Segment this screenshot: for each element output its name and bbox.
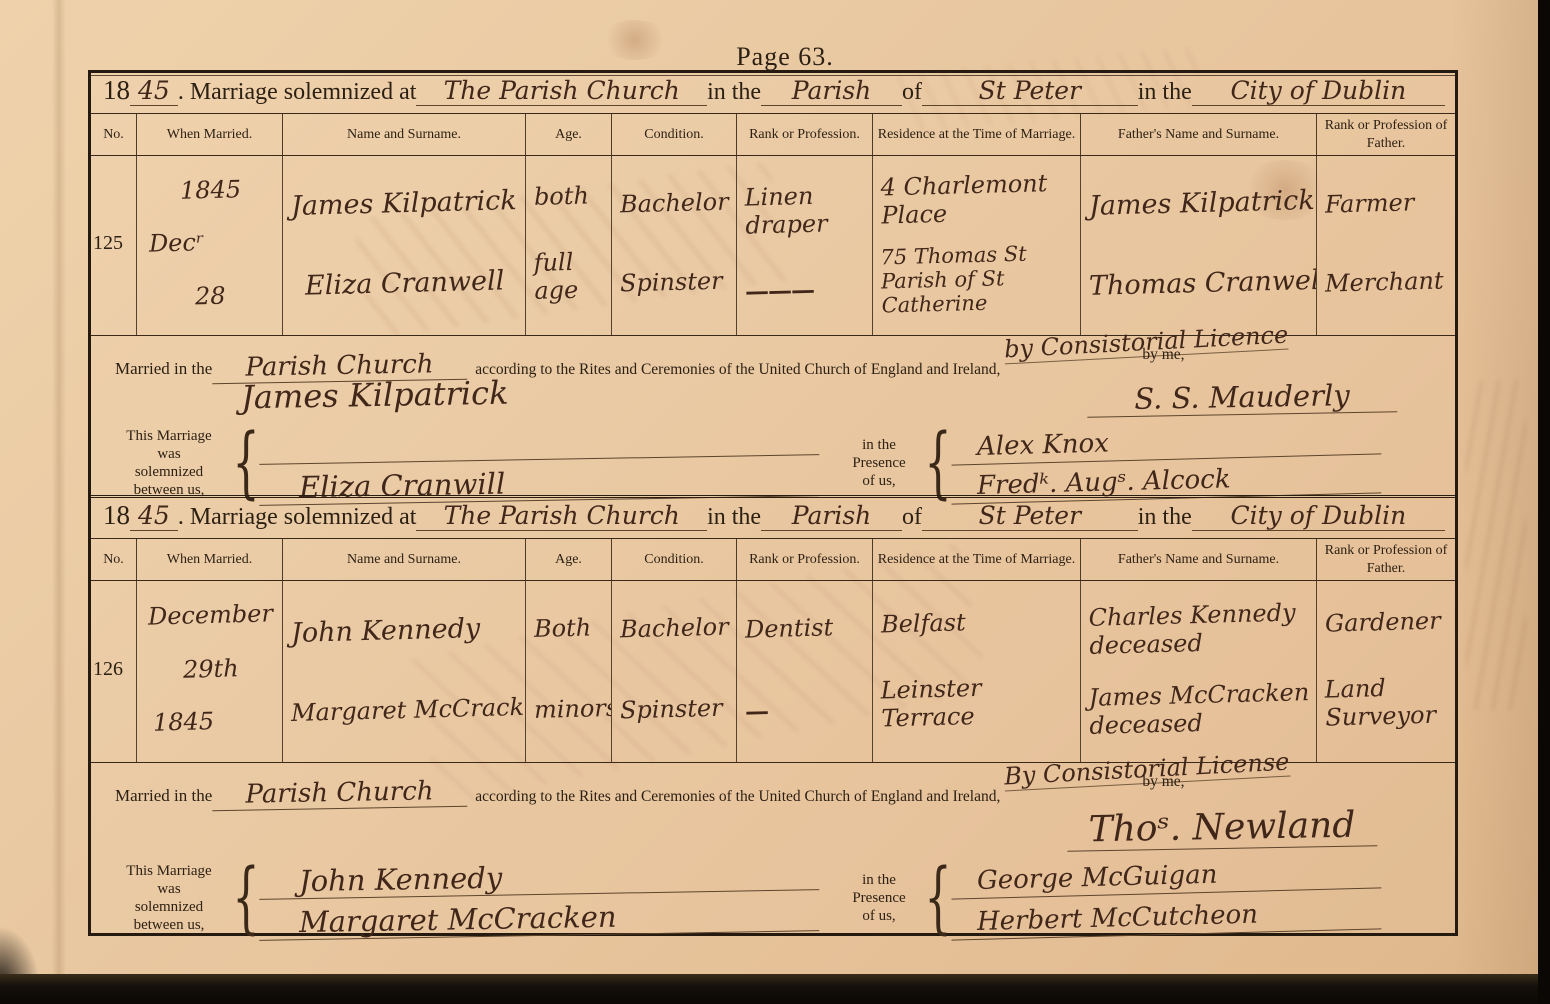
witness-1-signature: Alex Knox	[951, 421, 1382, 465]
couple-signature-lines: Eliza Cranwill	[259, 420, 819, 506]
witness-lines: Alex Knox Fredᵏ. Augˢ. Alcock	[951, 420, 1381, 506]
cell-profession: Linen draper ———	[737, 156, 873, 335]
bride-profession: ———	[745, 275, 867, 306]
of-label: of	[902, 504, 922, 531]
bride-father-profession: Merchant	[1325, 268, 1450, 299]
col-age: Age.	[526, 539, 612, 580]
officiant-signature: S. S. Mauderly	[1087, 377, 1398, 417]
label-line: between us,	[105, 916, 233, 934]
groom-residence: Belfast	[881, 606, 1075, 639]
label-line: of us,	[833, 472, 925, 490]
solemnized-at-label: . Marriage solemnized at	[178, 79, 417, 106]
col-residence: Residence at the Time of Marriage.	[873, 539, 1081, 580]
col-when-married: When Married.	[137, 539, 283, 580]
book-edge-right	[1538, 0, 1550, 1004]
page-title: Page 63.	[0, 42, 1550, 72]
age-groom: Both	[534, 615, 606, 644]
bride-name: Eliza Cranwell	[291, 265, 520, 302]
cell-names: John Kennedy Margaret McCracken	[283, 581, 526, 762]
cell-condition: Bachelor Spinster	[612, 581, 737, 762]
cell-profession: Dentist —	[737, 581, 873, 762]
col-father-rank: Rank or Profession of Father.	[1317, 539, 1455, 580]
register-scan: Page 63. 18 45 . Marriage solemnized at …	[0, 0, 1550, 1004]
signatures-block: This Marriage was solemnized between us,…	[91, 853, 1455, 943]
bride-father: Thomas Cranwell	[1089, 265, 1311, 302]
brace-glyph: {	[931, 853, 945, 943]
cell-no: 126	[91, 581, 137, 762]
entry-number: 126	[93, 658, 130, 681]
cell-father: James Kilpatrick Thomas Cranwell	[1081, 156, 1317, 335]
year-handwritten: 45	[130, 501, 178, 531]
presence-label: in the Presence of us,	[833, 420, 925, 506]
groom-residence: 4 Charlemont Place	[880, 169, 1074, 229]
licence-area: By Consistorial License by me,	[1000, 767, 1455, 801]
in-the-label: in the	[1138, 504, 1192, 531]
cell-names: James Kilpatrick Eliza Cranwell	[283, 156, 526, 335]
age-bride: full age	[533, 248, 605, 305]
when-month: December	[148, 600, 274, 631]
year-handwritten: 45	[130, 76, 178, 106]
witness-lines: George McGuigan Herbert McCutcheon	[951, 853, 1381, 943]
groom-signature-line: John Kennedy	[259, 855, 820, 900]
by-me-label: by me,	[1142, 346, 1184, 364]
col-rank-profession: Rank or Profession.	[737, 114, 873, 155]
label-line: This Marriage	[105, 427, 233, 445]
col-name-surname: Name and Surname.	[283, 114, 526, 155]
column-headers: No. When Married. Name and Surname. Age.…	[91, 113, 1455, 156]
col-no: No.	[91, 539, 137, 580]
groom-signature-line	[259, 420, 820, 465]
groom-father-profession: Farmer	[1325, 188, 1450, 219]
city-handwritten: City of Dublin	[1192, 501, 1445, 531]
year-prefix: 18	[103, 75, 130, 106]
presence-label: in the Presence of us,	[833, 853, 925, 943]
bride-condition: Spinster	[620, 695, 731, 725]
age-bride: minors	[534, 695, 606, 724]
parish-word-handwritten: Parish	[761, 76, 902, 106]
witness-1-signature: George McGuigan	[951, 855, 1382, 899]
bride-profession: —	[745, 694, 867, 725]
col-father-name: Father's Name and Surname.	[1081, 539, 1317, 580]
groom-condition: Bachelor	[620, 614, 731, 644]
groom-condition: Bachelor	[620, 189, 731, 219]
groom-name: James Kilpatrick	[291, 185, 520, 222]
married-in-label: Married in the	[115, 786, 212, 806]
this-marriage-label: This Marriage was solemnized between us,	[105, 853, 233, 943]
witness-2-signature: Herbert McCutcheon	[951, 896, 1382, 940]
register-table-frame: 18 45 . Marriage solemnized at The Paris…	[88, 70, 1458, 936]
column-headers: No. When Married. Name and Surname. Age.…	[91, 538, 1455, 581]
col-condition: Condition.	[612, 114, 737, 155]
groom-father: Charles Kennedy deceased	[1088, 599, 1310, 660]
label-line: in the	[833, 871, 925, 889]
couple-signature-lines: John Kennedy Margaret McCracken	[259, 853, 819, 943]
label-line: in the	[833, 436, 925, 454]
married-in-label: Married in the	[115, 359, 212, 379]
marriage-entry-125: 18 45 . Marriage solemnized at The Paris…	[91, 73, 1455, 495]
cell-father: Charles Kennedy deceased James McCracken…	[1081, 581, 1317, 762]
cell-when-married: 1845 Decʳ 28	[137, 156, 283, 335]
in-the-label: in the	[1138, 79, 1192, 106]
brace-glyph: {	[239, 420, 253, 506]
cell-father-profession: Gardener Land Surveyor	[1317, 581, 1455, 762]
of-label: of	[902, 79, 922, 106]
col-rank-profession: Rank or Profession.	[737, 539, 873, 580]
when-year: 1845	[145, 708, 215, 737]
in-the-label: in the	[707, 79, 761, 106]
rites-label: according to the Rites and Ceremonies of…	[467, 788, 1000, 806]
col-no: No.	[91, 114, 137, 155]
cell-residence: 4 Charlemont Place 75 Thomas St Parish o…	[873, 156, 1081, 335]
label-line: Presence	[833, 454, 925, 472]
age-groom: both	[534, 182, 606, 211]
cell-when-married: December 29th 1845	[137, 581, 283, 762]
col-name-surname: Name and Surname.	[283, 539, 526, 580]
cell-condition: Bachelor Spinster	[612, 156, 737, 335]
bride-condition: Spinster	[620, 268, 731, 298]
in-the-label: in the	[707, 504, 761, 531]
bride-father-profession: Land Surveyor	[1324, 674, 1449, 732]
groom-signature-floating: James Kilpatrick	[241, 374, 509, 417]
church-name-handwritten: The Parish Church	[416, 76, 707, 106]
rites-label: according to the Rites and Ceremonies of…	[467, 361, 1000, 379]
brace-glyph: {	[239, 853, 253, 943]
by-me-label: by me,	[1142, 773, 1184, 791]
entry-number: 125	[93, 232, 130, 255]
signatures-block: This Marriage was solemnized between us,…	[91, 420, 1455, 506]
bride-residence: 75 Thomas St Parish of St Catherine	[880, 240, 1075, 317]
col-father-name: Father's Name and Surname.	[1081, 114, 1317, 155]
book-edge-bottom	[0, 974, 1550, 1004]
marriage-entry-126: 18 45 . Marriage solemnized at The Paris…	[91, 495, 1455, 933]
label-line: solemnized	[105, 898, 233, 916]
cell-age: both full age	[526, 156, 612, 335]
col-when-married: When Married.	[137, 114, 283, 155]
church-name-handwritten: The Parish Church	[416, 501, 707, 531]
solemnized-at-label: . Marriage solemnized at	[178, 504, 417, 531]
label-line: was	[105, 880, 233, 898]
bride-signature-line: Margaret McCracken	[259, 896, 820, 941]
cell-age: Both minors	[526, 581, 612, 762]
when-day: 28	[195, 282, 226, 310]
entry-data-row: 126 December 29th 1845 John Kennedy Marg…	[91, 581, 1455, 763]
brace-glyph: {	[931, 420, 945, 506]
cell-residence: Belfast Leinster Terrace	[873, 581, 1081, 762]
when-day: 29th	[182, 655, 238, 684]
label-line: of us,	[833, 907, 925, 925]
year-prefix: 18	[103, 500, 130, 531]
col-residence: Residence at the Time of Marriage.	[873, 114, 1081, 155]
entry-header: 18 45 . Marriage solemnized at The Paris…	[91, 73, 1455, 113]
entry-header: 18 45 . Marriage solemnized at The Paris…	[91, 498, 1455, 538]
cell-no: 125	[91, 156, 137, 335]
when-year: 1845	[180, 176, 242, 205]
label-line: solemnized	[105, 463, 233, 481]
officiant-row: James Kilpatrick S. S. Mauderly	[91, 380, 1455, 420]
groom-profession: Linen draper	[744, 181, 866, 239]
parish-word-handwritten: Parish	[761, 501, 902, 531]
label-line: Presence	[833, 889, 925, 907]
when-month: Decʳ	[145, 229, 205, 258]
married-in-line: Married in the Parish Church according t…	[91, 340, 1455, 380]
cell-father-profession: Farmer Merchant	[1317, 156, 1455, 335]
groom-profession: Dentist	[745, 614, 867, 645]
bride-name: Margaret McCracken	[291, 694, 520, 728]
label-line: was	[105, 445, 233, 463]
married-in-handwritten: Parish Church	[212, 776, 468, 811]
parish-name-handwritten: St Peter	[922, 76, 1138, 106]
groom-name: John Kennedy	[291, 612, 520, 649]
licence-area: by Consistorial Licence by me,	[1000, 340, 1455, 374]
officiant-signature: Thoˢ. Newland	[1067, 804, 1378, 851]
city-handwritten: City of Dublin	[1192, 76, 1445, 106]
officiant-row: Thoˢ. Newland	[91, 807, 1455, 853]
married-in-line: Married in the Parish Church according t…	[91, 767, 1455, 807]
col-condition: Condition.	[612, 539, 737, 580]
groom-father: James Kilpatrick	[1089, 185, 1311, 222]
label-line: This Marriage	[105, 862, 233, 880]
bride-residence: Leinster Terrace	[880, 673, 1074, 733]
col-father-rank: Rank or Profession of Father.	[1317, 114, 1455, 155]
groom-father-profession: Gardener	[1325, 607, 1450, 638]
parish-name-handwritten: St Peter	[922, 501, 1138, 531]
bride-father: James McCracken deceased	[1088, 679, 1310, 740]
entry-data-row: 125 1845 Decʳ 28 James Kilpatrick Eliza …	[91, 156, 1455, 336]
col-age: Age.	[526, 114, 612, 155]
this-marriage-label: This Marriage was solemnized between us,	[105, 420, 233, 506]
